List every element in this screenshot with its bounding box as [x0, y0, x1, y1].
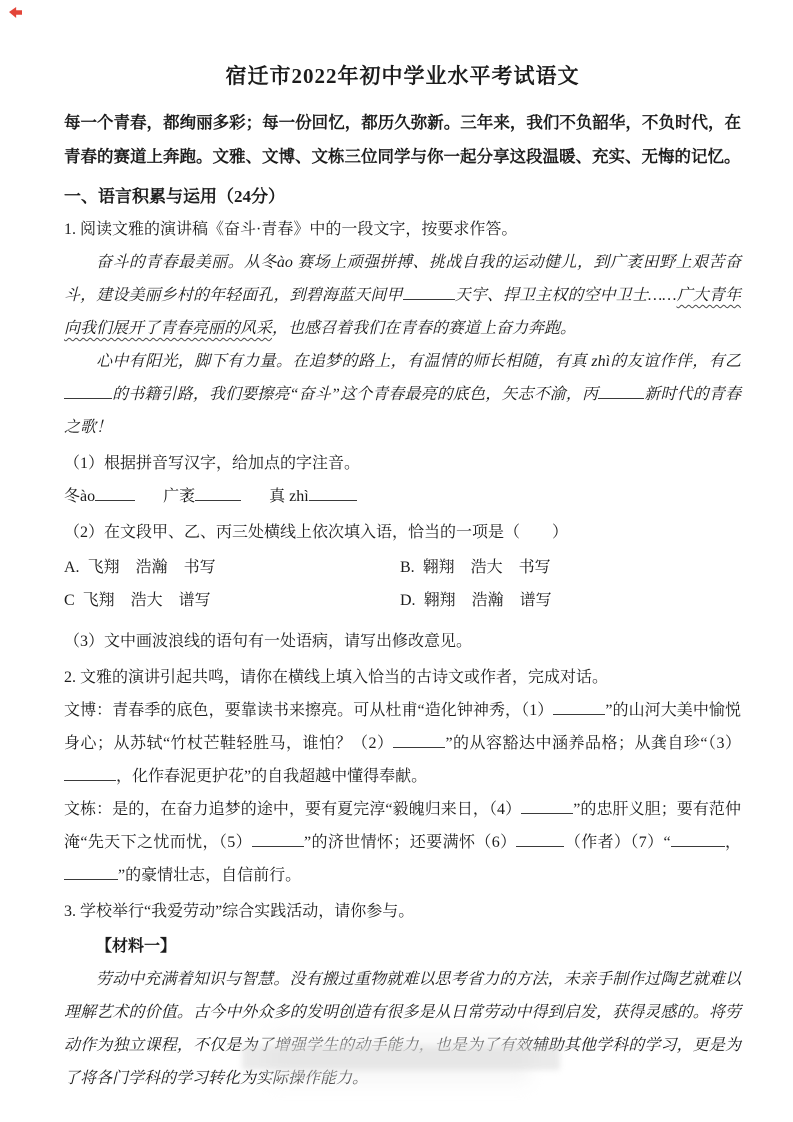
q1-speech-paragraph-1: 奋斗的青春最美丽。从冬ào 赛场上顽强拼搏、挑战自我的运动健儿，到广袤田野上艰苦… — [64, 246, 741, 345]
option-c: C飞翔 浩大 谱写 — [64, 584, 400, 617]
answer-blank-line — [553, 698, 605, 715]
intro-paragraph: 每一个青春，都绚丽多彩；每一份回忆，都历久弥新。三年来，我们不负韶华，不负时代，… — [64, 106, 741, 174]
text-segment: ，化作春泥更护花”的自我超越中懂得奉献。 — [116, 768, 427, 785]
exam-page: 宿迁市2022年初中学业水平考试语文 每一个青春，都绚丽多彩；每一份回忆，都历久… — [0, 0, 793, 1095]
q1-sub1-label: （1）根据拼音写汉字，给加点的字注音。 — [64, 447, 741, 480]
option-b: B.翱翔 浩大 书写 — [400, 551, 741, 584]
emphasis-dot-char: 袤 — [179, 488, 195, 505]
text-segment: 真 zhì — [269, 488, 309, 505]
text-segment: （作者）（7）“ — [564, 834, 670, 851]
material-1-heading: 【材料一】 — [64, 930, 741, 963]
option-c-words: 飞翔 浩大 谱写 — [83, 592, 211, 609]
section-1-heading: 一、语言积累与运用（24分） — [64, 180, 741, 213]
exam-title: 宿迁市2022年初中学业水平考试语文 — [64, 60, 741, 90]
answer-blank-line — [521, 797, 573, 814]
text-segment: 文博：青春季的底色，要靠读书来擦亮。可从杜甫“造化钟神秀，（1） — [64, 702, 553, 719]
q1-stem: 1. 阅读文雅的演讲稿《奋斗·青春》中的一段文字，按要求作答。 — [64, 213, 741, 246]
text-segment: ，也感召着我们在青春的赛道上奋力奔跑。 — [272, 320, 576, 337]
option-a: A.飞翔 浩瀚 书写 — [64, 551, 400, 584]
answer-blank-line — [252, 830, 304, 847]
answer-blank-line — [64, 382, 112, 399]
text-segment: 的书籍引路，我们要擦亮“奋斗”这个青春最亮的底色，矢志不渝，丙 — [112, 386, 598, 403]
q1-sub3-label: （3）文中画波浪线的语句有一处语病，请写出修改意见。 — [64, 625, 741, 658]
answer-blank-line — [64, 863, 118, 880]
text-segment: 奋斗的青春最美丽。从冬ào 赛场上顽强拼搏、挑战自我的运动健儿，到广 — [96, 254, 626, 271]
option-b-label: B. — [400, 559, 415, 576]
answer-blank-line — [403, 283, 455, 300]
q3-stem: 3. 学校举行“我爱劳动”综合实践活动，请你参与。 — [64, 895, 741, 928]
q1-sub2-options: A.飞翔 浩瀚 书写 B.翱翔 浩大 书写 C飞翔 浩大 谱写 D.翱翔 浩瀚 … — [64, 551, 741, 617]
text-segment: 冬ào — [64, 488, 95, 505]
q2-wenbo-paragraph: 文博：青春季的底色，要靠读书来擦亮。可从杜甫“造化钟神秀，（1）”的山河大美中愉… — [64, 694, 741, 793]
text-segment: 广 — [163, 488, 179, 505]
answer-blank-line — [195, 484, 241, 501]
option-a-words: 飞翔 浩瀚 书写 — [88, 559, 216, 576]
text-segment: ”的从容豁达中涵养品格；从龚自珍“（3） — [445, 735, 741, 752]
emphasis-dot-char: 袤 — [626, 254, 642, 271]
option-d-label: D. — [400, 592, 416, 609]
q2-stem: 2. 文雅的演讲引起共鸣，请你在横线上填入恰当的古诗文或作者，完成对话。 — [64, 661, 741, 694]
answer-blank-line — [64, 764, 116, 781]
option-a-label: A. — [64, 559, 80, 576]
watermark-blur-bar — [242, 1046, 560, 1070]
text-segment: ”的豪情壮志，自信前行。 — [118, 867, 301, 884]
q1-speech-paragraph-2: 心中有阳光，脚下有力量。在追梦的路上，有温情的师长相随，有真 zhì的友谊作伴，… — [64, 345, 741, 444]
option-d: D.翱翔 浩瀚 谱写 — [400, 584, 741, 617]
text-segment: 天宇、捍卫主权的空中卫士…… — [455, 287, 677, 304]
option-d-words: 翱翔 浩瀚 谱写 — [424, 592, 552, 609]
answer-blank-line — [671, 830, 725, 847]
answer-blank-line — [393, 731, 445, 748]
answer-blank-line — [95, 484, 135, 501]
answer-blank-line — [598, 382, 644, 399]
text-segment: 文栋：是的，在奋力追梦的途中，要有夏完淳“毅魄归来日，（4） — [64, 801, 521, 818]
option-b-words: 翱翔 浩大 书写 — [423, 559, 551, 576]
text-segment: ”的济世情怀；还要满怀（6） — [304, 834, 516, 851]
q1-sub2-label: （2）在文段甲、乙、丙三处横线上依次填入语，恰当的一项是（ ） — [64, 516, 741, 549]
text-segment: ， — [725, 834, 741, 851]
text-segment: 心中有阳光，脚下有力量。在追梦的路上，有温情的师长相随，有真 zhì的友谊作伴，… — [96, 353, 741, 370]
answer-blank-line — [309, 484, 357, 501]
answer-blank-line — [516, 830, 564, 847]
q1-sub1-pinyin-row: 冬ào广袤真 zhì — [64, 480, 741, 513]
option-c-label: C — [64, 592, 75, 609]
q2-wendong-paragraph: 文栋：是的，在奋力追梦的途中，要有夏完淳“毅魄归来日，（4）”的忠肝义胆；要有范… — [64, 793, 741, 892]
